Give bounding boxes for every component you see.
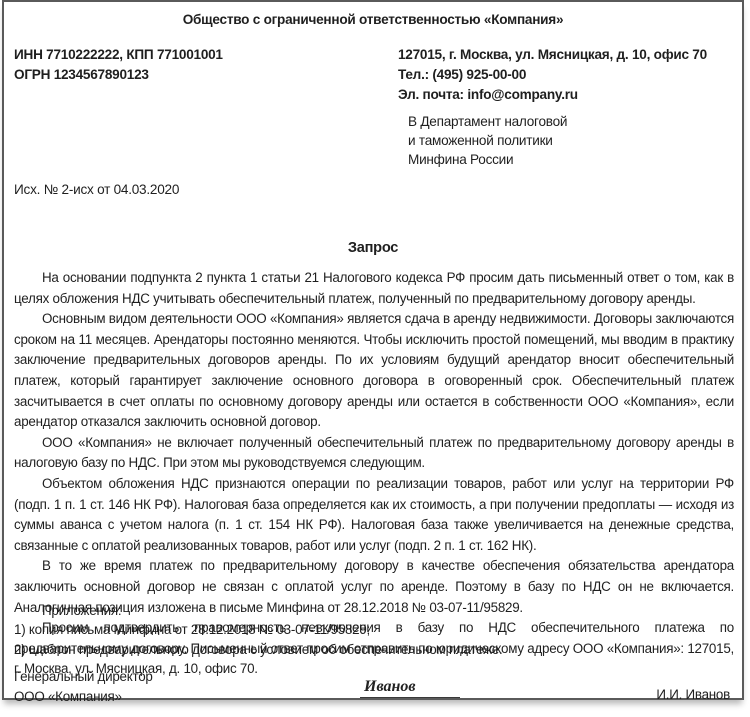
company-phone: Тел.: (495) 925-00-00	[398, 65, 707, 85]
addressee: В Департамент налоговой и таможенной пол…	[408, 112, 567, 169]
signer-title: Генеральный директор	[14, 667, 153, 687]
company-name: Общество с ограниченной ответственностью…	[4, 12, 742, 27]
document-title: Запрос	[4, 240, 742, 256]
addressee-line: и таможенной политики	[408, 131, 567, 150]
document-page: Общество с ограниченной ответственностью…	[2, 0, 744, 700]
outgoing-number: Исх. № 2-исх от 04.03.2020	[14, 182, 179, 197]
company-requisites: ИНН 7710222222, КПП 771001001 ОГРН 12345…	[14, 45, 223, 85]
handwritten-signature: Иванов	[364, 678, 416, 696]
paragraph: Объектом обложения НДС признаются операц…	[14, 474, 734, 556]
signature-line	[360, 697, 460, 698]
paragraph: Основным видом деятельности ООО «Компани…	[14, 309, 734, 433]
signer-position: Генеральный директор ООО «Компания»	[14, 667, 153, 707]
signer-organization: ООО «Компания»	[14, 687, 153, 707]
attachments: Приложения: 1) копия письма Минфина от 2…	[14, 601, 502, 659]
attachment-item: 1) копия письма Минфина от 28.12.2018 № …	[14, 620, 502, 639]
company-contacts: 127015, г. Москва, ул. Мясницкая, д. 10,…	[398, 45, 707, 105]
inn-kpp: ИНН 7710222222, КПП 771001001	[14, 45, 223, 65]
company-address: 127015, г. Москва, ул. Мясницкая, д. 10,…	[398, 45, 707, 65]
signer-name: И.И. Иванов	[656, 687, 730, 702]
paragraph: На основании подпункта 2 пункта 1 статьи…	[14, 268, 734, 309]
addressee-line: В Департамент налоговой	[408, 112, 567, 131]
company-email: Эл. почта: info@company.ru	[398, 85, 707, 105]
attachment-item: 2) шаблон предварительного договора с ус…	[14, 640, 502, 659]
attachments-heading: Приложения:	[14, 601, 502, 620]
addressee-line: Минфина России	[408, 150, 567, 169]
paragraph: ООО «Компания» не включает полученный об…	[14, 433, 734, 474]
ogrn: ОГРН 1234567890123	[14, 65, 223, 85]
